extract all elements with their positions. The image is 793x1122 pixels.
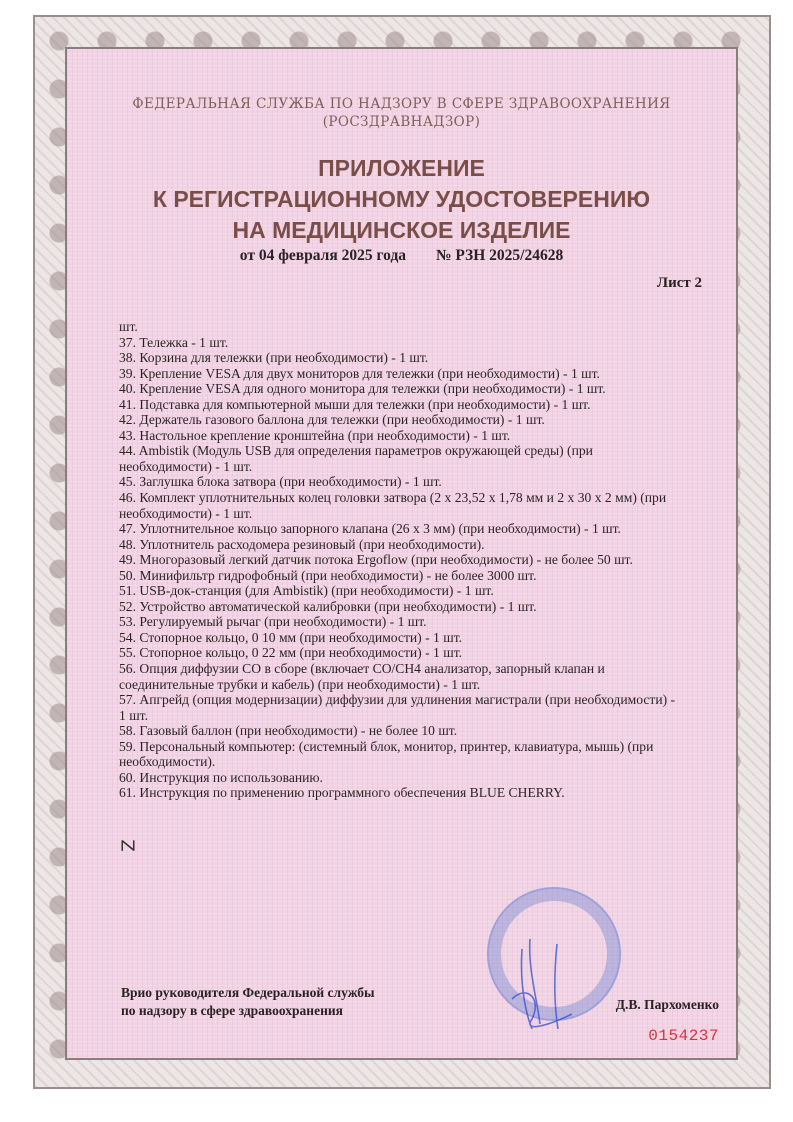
list-item: 47. Уплотнительное кольцо запорного клап… xyxy=(119,521,679,537)
list-item: 45. Заглушка блока затвора (при необходи… xyxy=(119,474,679,490)
handwritten-signature-icon xyxy=(502,929,592,1039)
list-item: 44. Ambistik (Модуль USB для определения… xyxy=(119,443,679,474)
registration-number: № РЗН 2025/24628 xyxy=(436,247,563,264)
registration-date: от 04 февраля 2025 года xyxy=(240,247,406,264)
list-item: 42. Держатель газового баллона для тележ… xyxy=(119,412,679,428)
list-item: 60. Инструкция по использованию. xyxy=(119,770,679,786)
certificate-border: ФЕДЕРАЛЬНАЯ СЛУЖБА ПО НАДЗОРУ В СФЕРЕ ЗД… xyxy=(33,15,771,1089)
list-item: 39. Крепление VESA для двух мониторов дл… xyxy=(119,366,679,382)
list-item: 37. Тележка - 1 шт. xyxy=(119,335,679,351)
form-serial-number: 0154237 xyxy=(648,1027,719,1045)
list-item: 56. Опция диффузии СО в сборе (включает … xyxy=(119,661,679,692)
title-line-2: К РЕГИСТРАЦИОННОМУ УДОСТОВЕРЕНИЮ xyxy=(67,184,736,215)
certificate-body: ФЕДЕРАЛЬНАЯ СЛУЖБА ПО НАДЗОРУ В СФЕРЕ ЗД… xyxy=(65,47,738,1060)
list-item: 58. Газовый баллон (при необходимости) -… xyxy=(119,723,679,739)
sheet-number: Лист 2 xyxy=(657,275,702,292)
signatory-title-line-1: Врио руководителя Федеральной службы xyxy=(121,984,375,1002)
registration-line: от 04 февраля 2025 года № РЗН 2025/24628 xyxy=(67,247,736,265)
list-item: 43. Настольное крепление кронштейна (при… xyxy=(119,428,679,444)
agency-name: ФЕДЕРАЛЬНАЯ СЛУЖБА ПО НАДЗОРУ В СФЕРЕ ЗД… xyxy=(67,95,736,113)
signatory-title: Врио руководителя Федеральной службы по … xyxy=(121,984,375,1020)
end-of-list-mark: Z xyxy=(117,839,138,851)
list-item: 38. Корзина для тележки (при необходимос… xyxy=(119,350,679,366)
item-list: шт.37. Тележка - 1 шт.38. Корзина для те… xyxy=(119,319,679,801)
signatory-name: Д.В. Пархоменко xyxy=(616,997,719,1013)
list-item: 55. Стопорное кольцо, 0 22 мм (при необх… xyxy=(119,645,679,661)
signatory-title-line-2: по надзору в сфере здравоохранения xyxy=(121,1002,375,1020)
list-item: 53. Регулируемый рычаг (при необходимост… xyxy=(119,614,679,630)
list-item: 61. Инструкция по применению программног… xyxy=(119,785,679,801)
list-item: 51. USB-док-станция (для Ambistik) (при … xyxy=(119,583,679,599)
document-title: ПРИЛОЖЕНИЕ К РЕГИСТРАЦИОННОМУ УДОСТОВЕРЕ… xyxy=(67,153,736,246)
list-item: 52. Устройство автоматической калибровки… xyxy=(119,599,679,615)
title-line-1: ПРИЛОЖЕНИЕ xyxy=(67,153,736,184)
title-line-3: НА МЕДИЦИНСКОЕ ИЗДЕЛИЕ xyxy=(67,215,736,246)
agency-abbreviation: (РОСЗДРАВНАДЗОР) xyxy=(67,113,736,131)
list-item: 40. Крепление VESA для одного монитора д… xyxy=(119,381,679,397)
list-item: 49. Многоразовый легкий датчик потока Er… xyxy=(119,552,679,568)
agency-header: ФЕДЕРАЛЬНАЯ СЛУЖБА ПО НАДЗОРУ В СФЕРЕ ЗД… xyxy=(67,95,736,131)
list-item: 46. Комплект уплотнительных колец головк… xyxy=(119,490,679,521)
list-item: 54. Стопорное кольцо, 0 10 мм (при необх… xyxy=(119,630,679,646)
list-item: 57. Апгрейд (опция модернизации) диффузи… xyxy=(119,692,679,723)
list-item: 50. Минифильтр гидрофобный (при необходи… xyxy=(119,568,679,584)
list-item: 59. Персональный компьютер: (системный б… xyxy=(119,739,679,770)
list-item: 41. Подставка для компьютерной мыши для … xyxy=(119,397,679,413)
list-item: шт. xyxy=(119,319,679,335)
list-item: 48. Уплотнитель расходомера резиновый (п… xyxy=(119,537,679,553)
